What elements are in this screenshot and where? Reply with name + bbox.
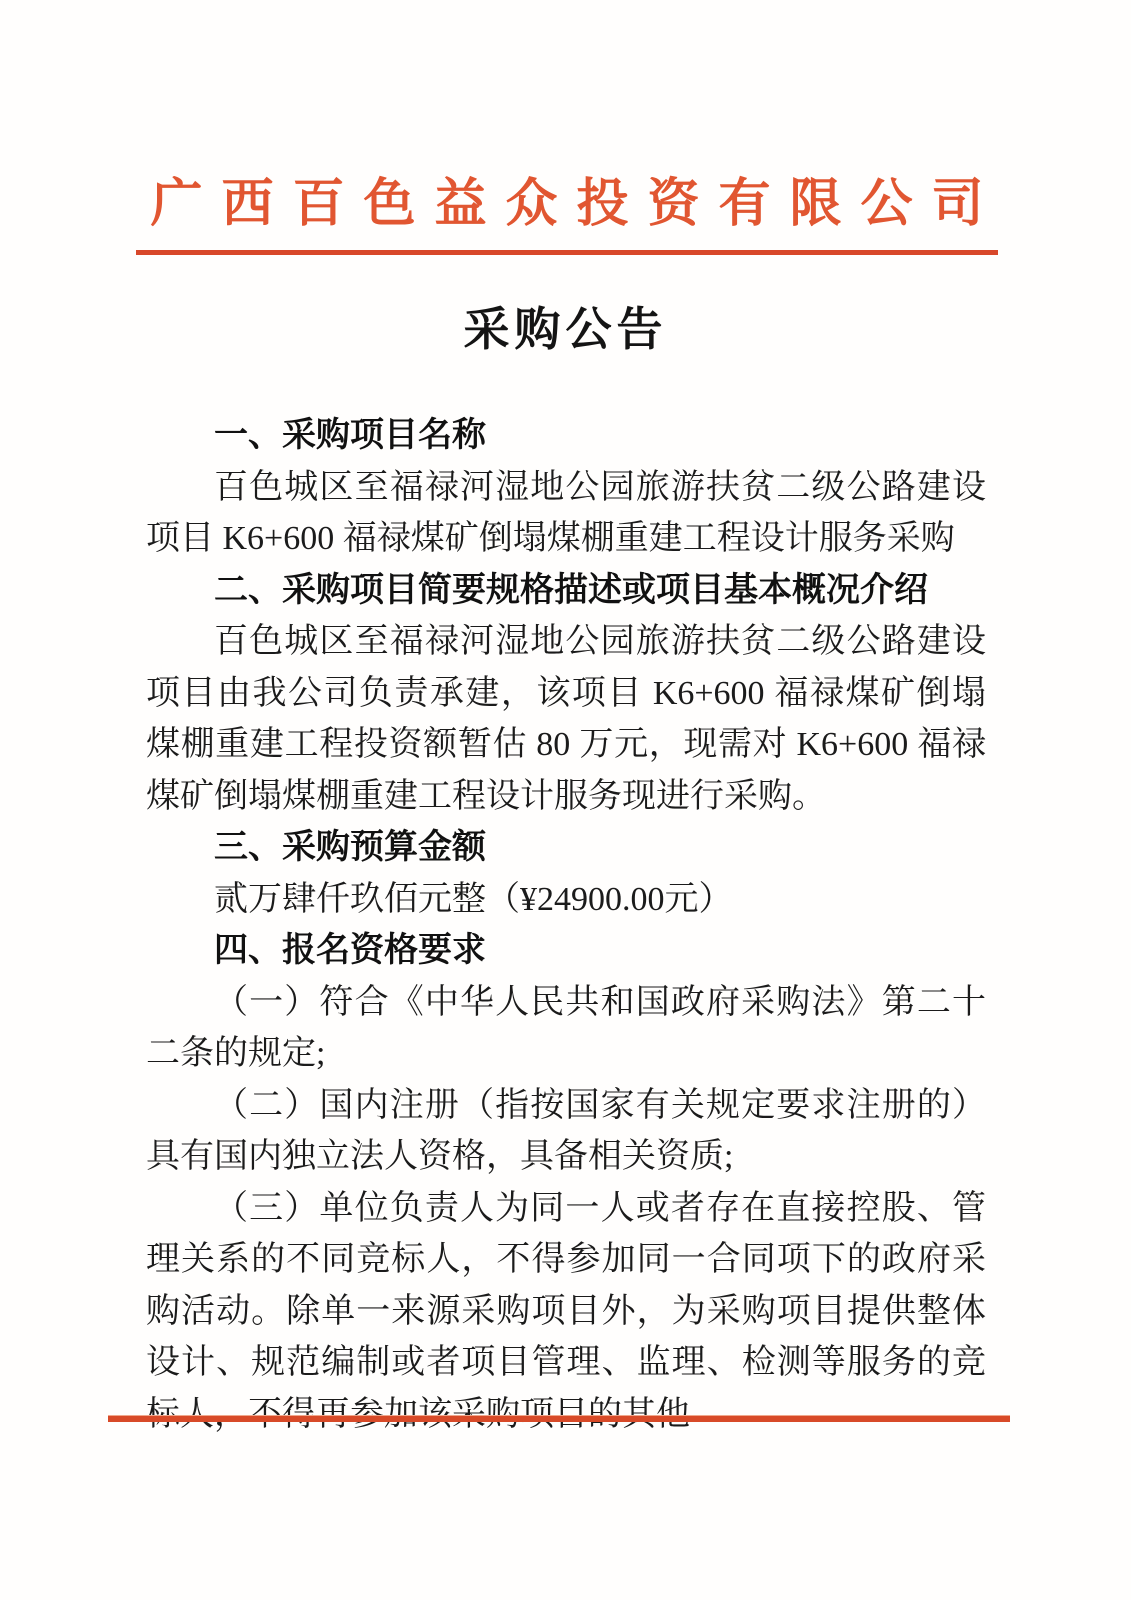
- section-1-paragraph: 百色城区至福禄河湿地公园旅游扶贫二级公路建设项目 K6+600 福禄煤矿倒塌煤棚…: [146, 462, 986, 565]
- section-heading-2: 二、采购项目简要规格描述或项目基本概况介绍: [146, 565, 986, 617]
- footer-divider: [108, 1415, 1010, 1422]
- document-title: 采购公告: [0, 302, 1131, 358]
- company-letterhead: 广西百色益众投资有限公司: [136, 176, 998, 255]
- section-heading-4: 四、报名资格要求: [146, 925, 986, 977]
- section-4-item-1: （一）符合《中华人民共和国政府采购法》第二十二条的规定;: [146, 977, 986, 1080]
- section-2-paragraph: 百色城区至福禄河湿地公园旅游扶贫二级公路建设项目由我公司负责承建，该项目 K6+…: [146, 616, 986, 822]
- section-3-paragraph: 贰万肆仟玖佰元整（¥24900.00元）: [146, 874, 986, 926]
- document-body: 一、采购项目名称 百色城区至福禄河湿地公园旅游扶贫二级公路建设项目 K6+600…: [146, 410, 986, 1440]
- section-heading-3: 三、采购预算金额: [146, 822, 986, 874]
- section-4-item-3: （三）单位负责人为同一人或者存在直接控股、管理关系的不同竞标人，不得参加同一合同…: [146, 1183, 986, 1441]
- section-4-item-2: （二）国内注册（指按国家有关规定要求注册的）具有国内独立法人资格，具备相关资质;: [146, 1080, 986, 1183]
- company-name: 广西百色益众投资有限公司: [150, 176, 1002, 234]
- section-heading-1: 一、采购项目名称: [146, 410, 986, 462]
- document-page: 广西百色益众投资有限公司 采购公告 一、采购项目名称 百色城区至福禄河湿地公园旅…: [0, 0, 1131, 1600]
